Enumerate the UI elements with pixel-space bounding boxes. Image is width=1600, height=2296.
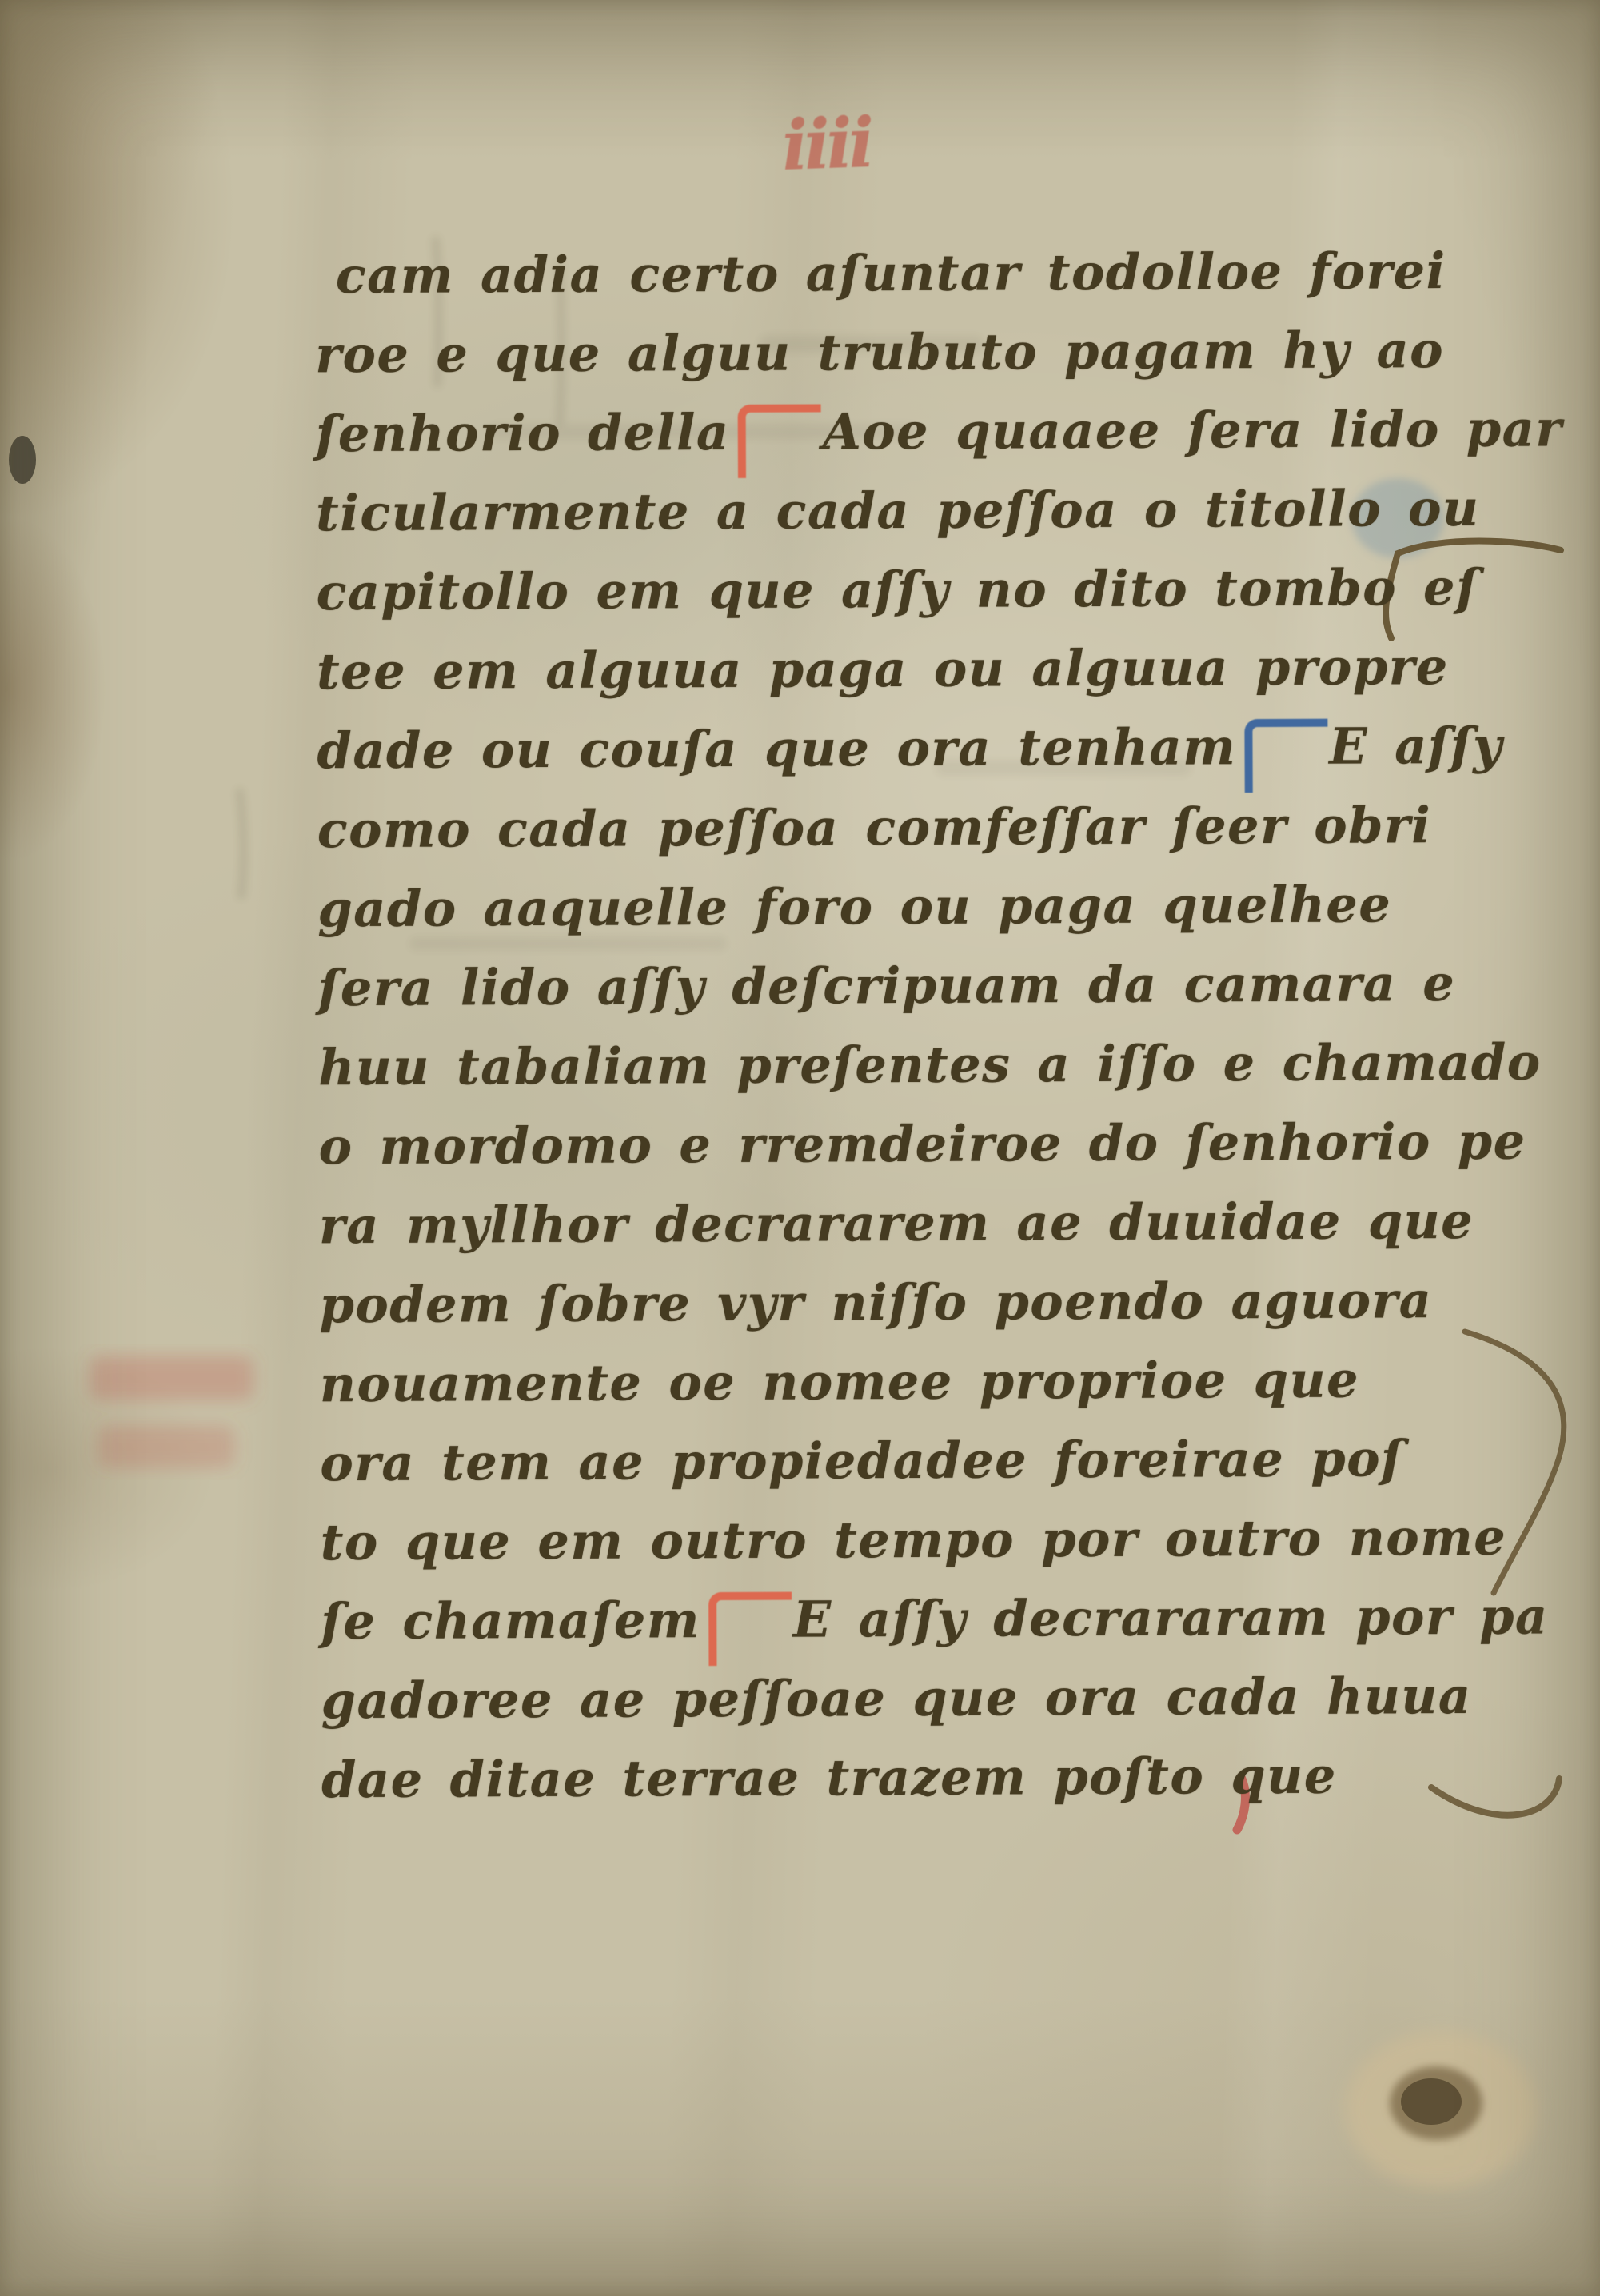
manuscript-page: iiii cam adia certo aſuntar todolloe for… xyxy=(0,0,1600,2296)
edge-vignette xyxy=(0,0,1600,2296)
